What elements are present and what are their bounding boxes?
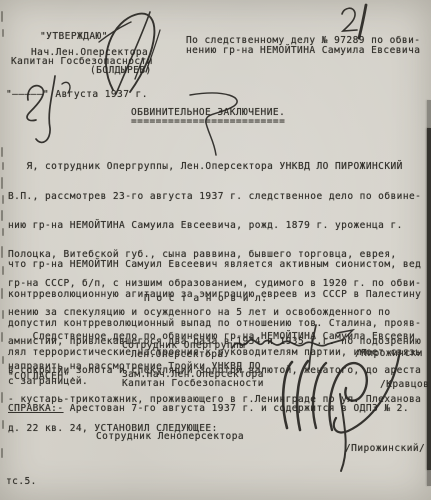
spravka-line: СПРАВКА:- Арестован 7-го августа 1937 г.…: [8, 404, 409, 414]
agree-label: "СОГЛАСЕН".: [8, 372, 76, 382]
scan-edge-artifact: [427, 100, 431, 128]
document-title-underline: =========================: [131, 117, 285, 127]
footer-mark: тс.5.: [6, 477, 37, 487]
resolution-heading: П о с т а н о в и л:: [144, 294, 267, 304]
spravka-label: СПРАВКА:-: [8, 403, 64, 414]
scan-edge-artifact: [427, 128, 431, 470]
spravka-text: Арестован 7-го августа 1937 г. и содержи…: [64, 403, 410, 414]
clerk-title: Сотрудник Леноперсектора: [96, 432, 244, 442]
approval-stamp: "УТВЕРЖДАЮ": [40, 32, 108, 42]
clerk-name: /Пирожинский/: [345, 444, 425, 454]
deputy-name: /Кравцов: [380, 380, 429, 390]
handwritten-date: [27, 76, 70, 142]
handwritten-page-number: [342, 5, 366, 38]
case-ref-line2: нению гр-на НЕМОЙТИНА Самуила Евсевича: [186, 46, 420, 56]
document-line: нию гр-на НЕМОЙТИНА Самуила Евсеевича, р…: [8, 221, 421, 231]
document-line: В.П., рассмотрев 23-го августа 1937 г. с…: [8, 192, 421, 202]
document-line: Я, сотрудник Опергруппы, Лен.Оперсектора…: [8, 162, 421, 172]
document-line: что гр-на НЕМОЙТИН Самуил Евсеевич являе…: [8, 260, 421, 270]
approver-name: (БОЛДЫРЕВ): [90, 66, 152, 76]
investigator-name: /Пирожински: [355, 349, 423, 359]
date-line: "—————" Августа 1937 г.: [6, 90, 148, 100]
investigator-title-line2: Лен.Оперсектора: [131, 350, 224, 360]
scan-edge-artifact: [427, 470, 431, 486]
scanned-document-page: "УТВЕРЖДАЮ" Нач.Лен.Оперсектора Капитан …: [0, 0, 431, 500]
deputy-title-line2: Капитан Госбезопасности: [122, 379, 264, 389]
scan-speckles: [2, 12, 3, 457]
